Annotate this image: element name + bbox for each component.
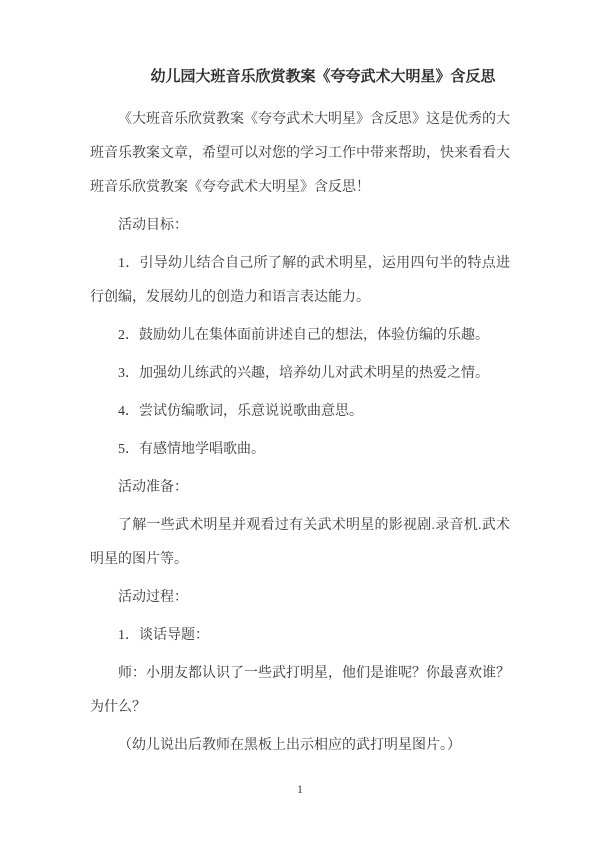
text-line: 行创编，发展幼儿的创造力和语言表达能力。 [90,281,510,315]
text-line: 了解一些武术明星并观看过有关武术明星的影视剧.录音机.武术 [90,509,510,543]
paragraph: 2．鼓励幼儿在集体面前讲述自己的想法，体验仿编的乐趣。 [90,319,510,353]
text-line: 《大班音乐欣赏教案《夸夸武术大明星》含反思》这是优秀的大 [90,103,510,137]
paragraph: 活动过程： [90,581,510,615]
paragraph: 3．加强幼儿练武的兴趣，培养幼儿对武术明星的热爱之情。 [90,357,510,391]
page-number: 1 [0,782,600,796]
document-page: 幼儿园大班音乐欣赏教案《夸夸武术大明星》含反思 《大班音乐欣赏教案《夸夸武术大明… [0,0,600,848]
text-line: 3．加强幼儿练武的兴趣，培养幼儿对武术明星的热爱之情。 [90,357,510,391]
paragraph: 师：小朋友都认识了一些武打明星，他们是谁呢？你最喜欢谁？ 为什么？ [90,657,510,725]
text-line: 为什么？ [90,691,510,725]
paragraph: 1．谈话导题： [90,619,510,653]
text-line: 1．谈话导题： [90,619,510,653]
section-heading: 活动过程： [90,581,510,615]
paragraph: 《大班音乐欣赏教案《夸夸武术大明星》含反思》这是优秀的大 班音乐教案文章，希望可… [90,103,510,205]
text-line: 4．尝试仿编歌词，乐意说说歌曲意思。 [90,395,510,429]
paragraph: 5．有感情地学唱歌曲。 [90,433,510,467]
text-line: （幼儿说出后教师在黑板上出示相应的武打明星图片。） [90,729,510,763]
paragraph: 了解一些武术明星并观看过有关武术明星的影视剧.录音机.武术 明星的图片等。 [90,509,510,577]
paragraph: 1．引导幼儿结合自己所了解的武术明星，运用四句半的特点进 行创编，发展幼儿的创造… [90,247,510,315]
text-line: 班音乐欣赏教案《夸夸武术大明星》含反思！ [90,171,510,205]
text-line: 2．鼓励幼儿在集体面前讲述自己的想法，体验仿编的乐趣。 [90,319,510,353]
paragraph: （幼儿说出后教师在黑板上出示相应的武打明星图片。） [90,729,510,763]
paragraph: 活动准备： [90,471,510,505]
text-line: 明星的图片等。 [90,543,510,577]
text-line: 师：小朋友都认识了一些武打明星，他们是谁呢？你最喜欢谁？ [90,657,510,691]
text-line: 1．引导幼儿结合自己所了解的武术明星，运用四句半的特点进 [90,247,510,281]
paragraph: 4．尝试仿编歌词，乐意说说歌曲意思。 [90,395,510,429]
paragraph: 活动目标： [90,209,510,243]
section-heading: 活动目标： [90,209,510,243]
text-line: 5．有感情地学唱歌曲。 [90,433,510,467]
text-line: 班音乐教案文章，希望可以对您的学习工作中带来帮助，快来看看大 [90,137,510,171]
section-heading: 活动准备： [90,471,510,505]
document-title: 幼儿园大班音乐欣赏教案《夸夸武术大明星》含反思 [90,60,510,94]
